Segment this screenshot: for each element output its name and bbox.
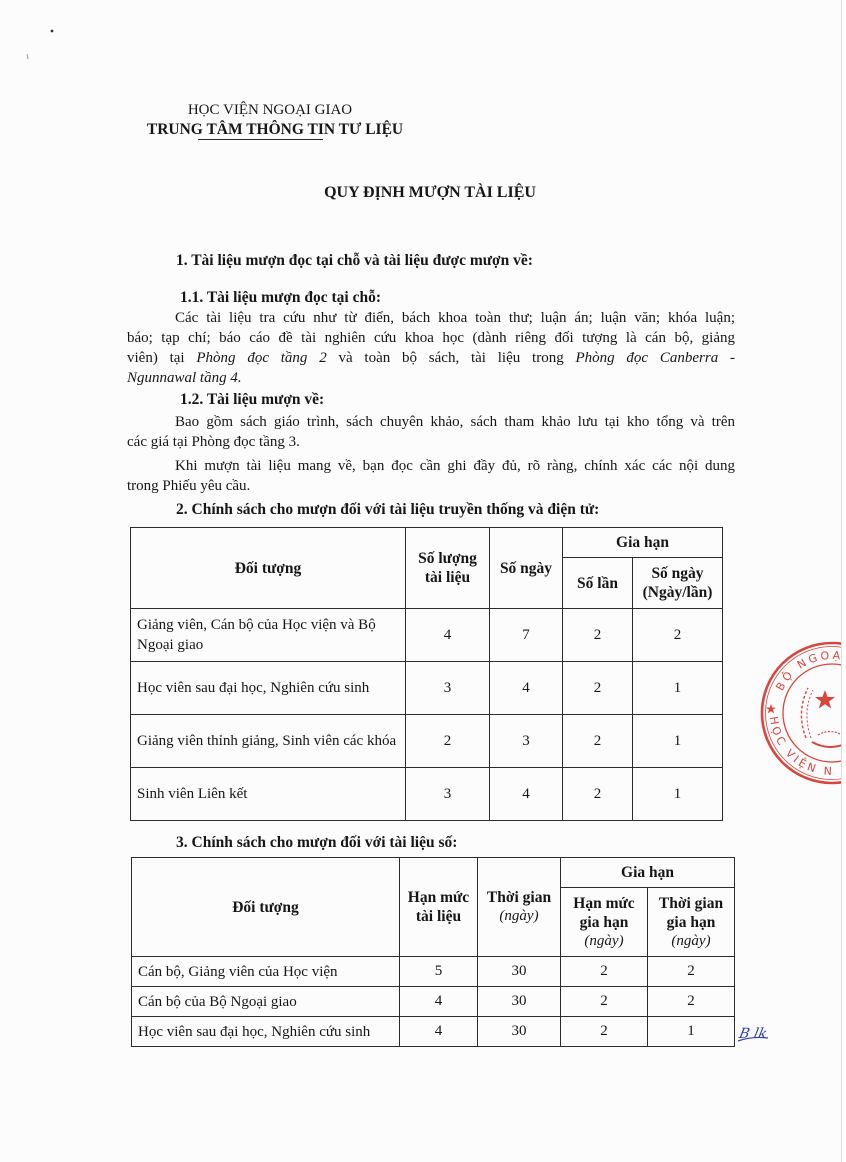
- scan-speck: [27, 54, 28, 59]
- section-2-heading: 2. Chính sách cho mượn đối với tài liệu …: [176, 500, 599, 520]
- paragraph-line: Ngunnawal tầng 4.: [127, 368, 735, 388]
- header-label: Số lượng tài liệu: [418, 550, 477, 586]
- value-cell: 3: [490, 715, 563, 768]
- italic-text-run: Phòng đọc Canberra -: [575, 350, 735, 366]
- department-name: TRUNG TÂM THÔNG TIN TƯ LIỆU: [100, 120, 450, 140]
- italic-text-run: Phòng đọc tầng 2: [196, 350, 326, 366]
- column-header: Đối tượng: [132, 858, 400, 957]
- value-cell: 2: [561, 987, 648, 1017]
- section-1-1-paragraph: Các tài liệu tra cứu như từ điển, bách k…: [127, 308, 735, 388]
- paragraph-line: các giá tại Phòng đọc tầng 3.: [127, 432, 735, 452]
- section-1-2-heading: 1.2. Tài liệu mượn về:: [180, 390, 324, 410]
- table-row: Cán bộ, Giảng viên của Học viện53022: [132, 957, 735, 987]
- stamp-gear: [812, 742, 842, 747]
- subject-cell: Học viên sau đại học, Nghiên cứu sinh: [132, 1017, 400, 1047]
- value-cell: 5: [400, 957, 478, 987]
- section-1-1-heading: 1.1. Tài liệu mượn đọc tại chỗ:: [180, 288, 381, 308]
- value-cell: 1: [633, 662, 723, 715]
- table-row: Học viên sau đại học, Nghiên cứu sinh430…: [132, 1017, 735, 1047]
- value-cell: 2: [648, 987, 735, 1017]
- header-label: Hạn mức tài liệu: [408, 889, 469, 925]
- subject-cell: Giảng viên thỉnh giảng, Sinh viên các kh…: [131, 715, 406, 768]
- paragraph-line: Khi mượn tài liệu mang về, bạn đọc cần g…: [127, 456, 735, 476]
- stamp-side-star-icon: [766, 704, 776, 713]
- value-cell: 4: [406, 609, 490, 662]
- paragraph-line: viên) tại Phòng đọc tầng 2 và toàn bộ sá…: [127, 348, 735, 368]
- column-header: Hạn mức tài liệu: [400, 858, 478, 957]
- header-unit: (ngày): [648, 932, 734, 951]
- scan-speck: [51, 30, 54, 33]
- column-header: Đối tượng: [131, 528, 406, 609]
- value-cell: 30: [478, 957, 561, 987]
- value-cell: 4: [490, 662, 563, 715]
- subject-cell: Sinh viên Liên kết: [131, 768, 406, 821]
- table-body: Giảng viên, Cán bộ của Học viện và Bộ Ng…: [131, 609, 723, 821]
- stamp-top-text: BỘ NGOẠI: [773, 649, 842, 693]
- header-label: Gia hạn: [621, 864, 674, 881]
- subject-cell: Cán bộ, Giảng viên của Học viện: [132, 957, 400, 987]
- paragraph-line: trong Phiếu yêu cầu.: [127, 476, 735, 496]
- digital-loan-policy-table: Đối tượngHạn mức tài liệuThời gian(ngày)…: [131, 857, 735, 1047]
- header-label: Gia hạn: [616, 534, 669, 551]
- column-subheader: Hạn mức gia hạn(ngày): [561, 888, 648, 957]
- value-cell: 2: [633, 609, 723, 662]
- document-title: QUY ĐỊNH MƯỢN TÀI LIỆU: [230, 183, 630, 203]
- value-cell: 2: [563, 662, 633, 715]
- section-1-2-note-paragraph: Khi mượn tài liệu mang về, bạn đọc cần g…: [127, 456, 735, 496]
- value-cell: 2: [406, 715, 490, 768]
- column-header: Số lượng tài liệu: [406, 528, 490, 609]
- stamp-bottom-text: HỌC VIỆN N: [767, 715, 835, 778]
- value-cell: 2: [561, 1017, 648, 1047]
- paragraph-line: Các tài liệu tra cứu như từ điển, bách k…: [127, 308, 735, 328]
- stamp-wreath-left: [801, 688, 808, 738]
- section-1-2-paragraph: Bao gồm sách giáo trình, sách chuyên khả…: [127, 412, 735, 452]
- text-run: báo; tạp chí; báo cáo đề tài nghiên cứu …: [127, 330, 735, 346]
- header-label: Hạn mức gia hạn: [573, 895, 634, 931]
- value-cell: 4: [400, 987, 478, 1017]
- value-cell: 2: [563, 609, 633, 662]
- header-label: Số ngày: [500, 560, 552, 577]
- text-run: trong Phiếu yêu cầu.: [127, 478, 250, 494]
- subject-cell: Học viên sau đại học, Nghiên cứu sinh: [131, 662, 406, 715]
- header-label: Thời gian gia hạn: [659, 895, 723, 931]
- table-header-row: Đối tượngSố lượng tài liệuSố ngàyGia hạn: [131, 528, 723, 558]
- department-underline: [198, 139, 323, 140]
- value-cell: 2: [648, 957, 735, 987]
- value-cell: 4: [490, 768, 563, 821]
- svg-text:B lk: B lk: [737, 1026, 769, 1042]
- value-cell: 30: [478, 1017, 561, 1047]
- table-header-row: Đối tượngHạn mức tài liệuThời gian(ngày)…: [132, 858, 735, 888]
- handwritten-initials: B lk: [737, 1026, 769, 1042]
- document-page: HỌC VIỆN NGOẠI GIAO TRUNG TÂM THÔNG TIN …: [0, 0, 842, 1162]
- column-group-header: Gia hạn: [561, 858, 735, 888]
- value-cell: 1: [633, 768, 723, 821]
- value-cell: 4: [400, 1017, 478, 1047]
- text-run: và toàn bộ sách, tài liệu trong: [327, 350, 576, 366]
- institution-name: HỌC VIỆN NGOẠI GIAO: [90, 100, 450, 120]
- value-cell: 2: [561, 957, 648, 987]
- value-cell: 1: [648, 1017, 735, 1047]
- text-run: Các tài liệu tra cứu như từ điển, bách k…: [175, 310, 735, 326]
- text-run: viên) tại: [127, 350, 196, 366]
- header-label: Số lần: [577, 575, 618, 592]
- official-stamp: BỘ NGOẠI HỌC VIỆN N: [762, 643, 842, 783]
- value-cell: 2: [563, 715, 633, 768]
- table-row: Cán bộ của Bộ Ngoại giao43022: [132, 987, 735, 1017]
- column-header: Thời gian(ngày): [478, 858, 561, 957]
- text-run: các giá tại Phòng đọc tầng 3.: [127, 434, 300, 450]
- table-row: Học viên sau đại học, Nghiên cứu sinh342…: [131, 662, 723, 715]
- header-label: Thời gian: [487, 889, 551, 906]
- traditional-loan-policy-table: Đối tượngSố lượng tài liệuSố ngàyGia hạn…: [130, 527, 723, 821]
- header-label: Số ngày (Ngày/lần): [643, 565, 713, 601]
- column-subheader: Số lần: [563, 558, 633, 609]
- value-cell: 30: [478, 987, 561, 1017]
- section-3-heading: 3. Chính sách cho mượn đối với tài liệu …: [176, 833, 457, 853]
- header-unit: (ngày): [478, 907, 560, 926]
- table-row: Giảng viên thỉnh giảng, Sinh viên các kh…: [131, 715, 723, 768]
- table-body: Cán bộ, Giảng viên của Học viện53022Cán …: [132, 957, 735, 1047]
- italic-text-run: Ngunnawal tầng 4.: [127, 370, 242, 386]
- subject-cell: Cán bộ của Bộ Ngoại giao: [132, 987, 400, 1017]
- value-cell: 1: [633, 715, 723, 768]
- header-label: Đối tượng: [232, 899, 299, 916]
- table-header: Đối tượngSố lượng tài liệuSố ngàyGia hạn…: [131, 528, 723, 609]
- header-unit: (ngày): [561, 932, 647, 951]
- column-subheader: Thời gian gia hạn(ngày): [648, 888, 735, 957]
- value-cell: 3: [406, 662, 490, 715]
- column-header: Số ngày: [490, 528, 563, 609]
- value-cell: 3: [406, 768, 490, 821]
- subject-cell: Giảng viên, Cán bộ của Học viện và Bộ Ng…: [131, 609, 406, 662]
- table-header: Đối tượngHạn mức tài liệuThời gian(ngày)…: [132, 858, 735, 957]
- section-1-heading: 1. Tài liệu mượn đọc tại chỗ và tài liệu…: [176, 251, 533, 271]
- text-run: Bao gồm sách giáo trình, sách chuyên khả…: [175, 414, 735, 430]
- stamp-emblem-star-icon: [815, 690, 835, 709]
- paragraph-line: báo; tạp chí; báo cáo đề tài nghiên cứu …: [127, 328, 735, 348]
- table-row: Giảng viên, Cán bộ của Học viện và Bộ Ng…: [131, 609, 723, 662]
- text-run: Khi mượn tài liệu mang về, bạn đọc cần g…: [175, 458, 735, 474]
- value-cell: 7: [490, 609, 563, 662]
- value-cell: 2: [563, 768, 633, 821]
- scan-page-edge: [841, 0, 842, 1162]
- column-group-header: Gia hạn: [563, 528, 723, 558]
- header-label: Đối tượng: [235, 560, 302, 577]
- table-row: Sinh viên Liên kết3421: [131, 768, 723, 821]
- column-subheader: Số ngày (Ngày/lần): [633, 558, 723, 609]
- paragraph-line: Bao gồm sách giáo trình, sách chuyên khả…: [127, 412, 735, 432]
